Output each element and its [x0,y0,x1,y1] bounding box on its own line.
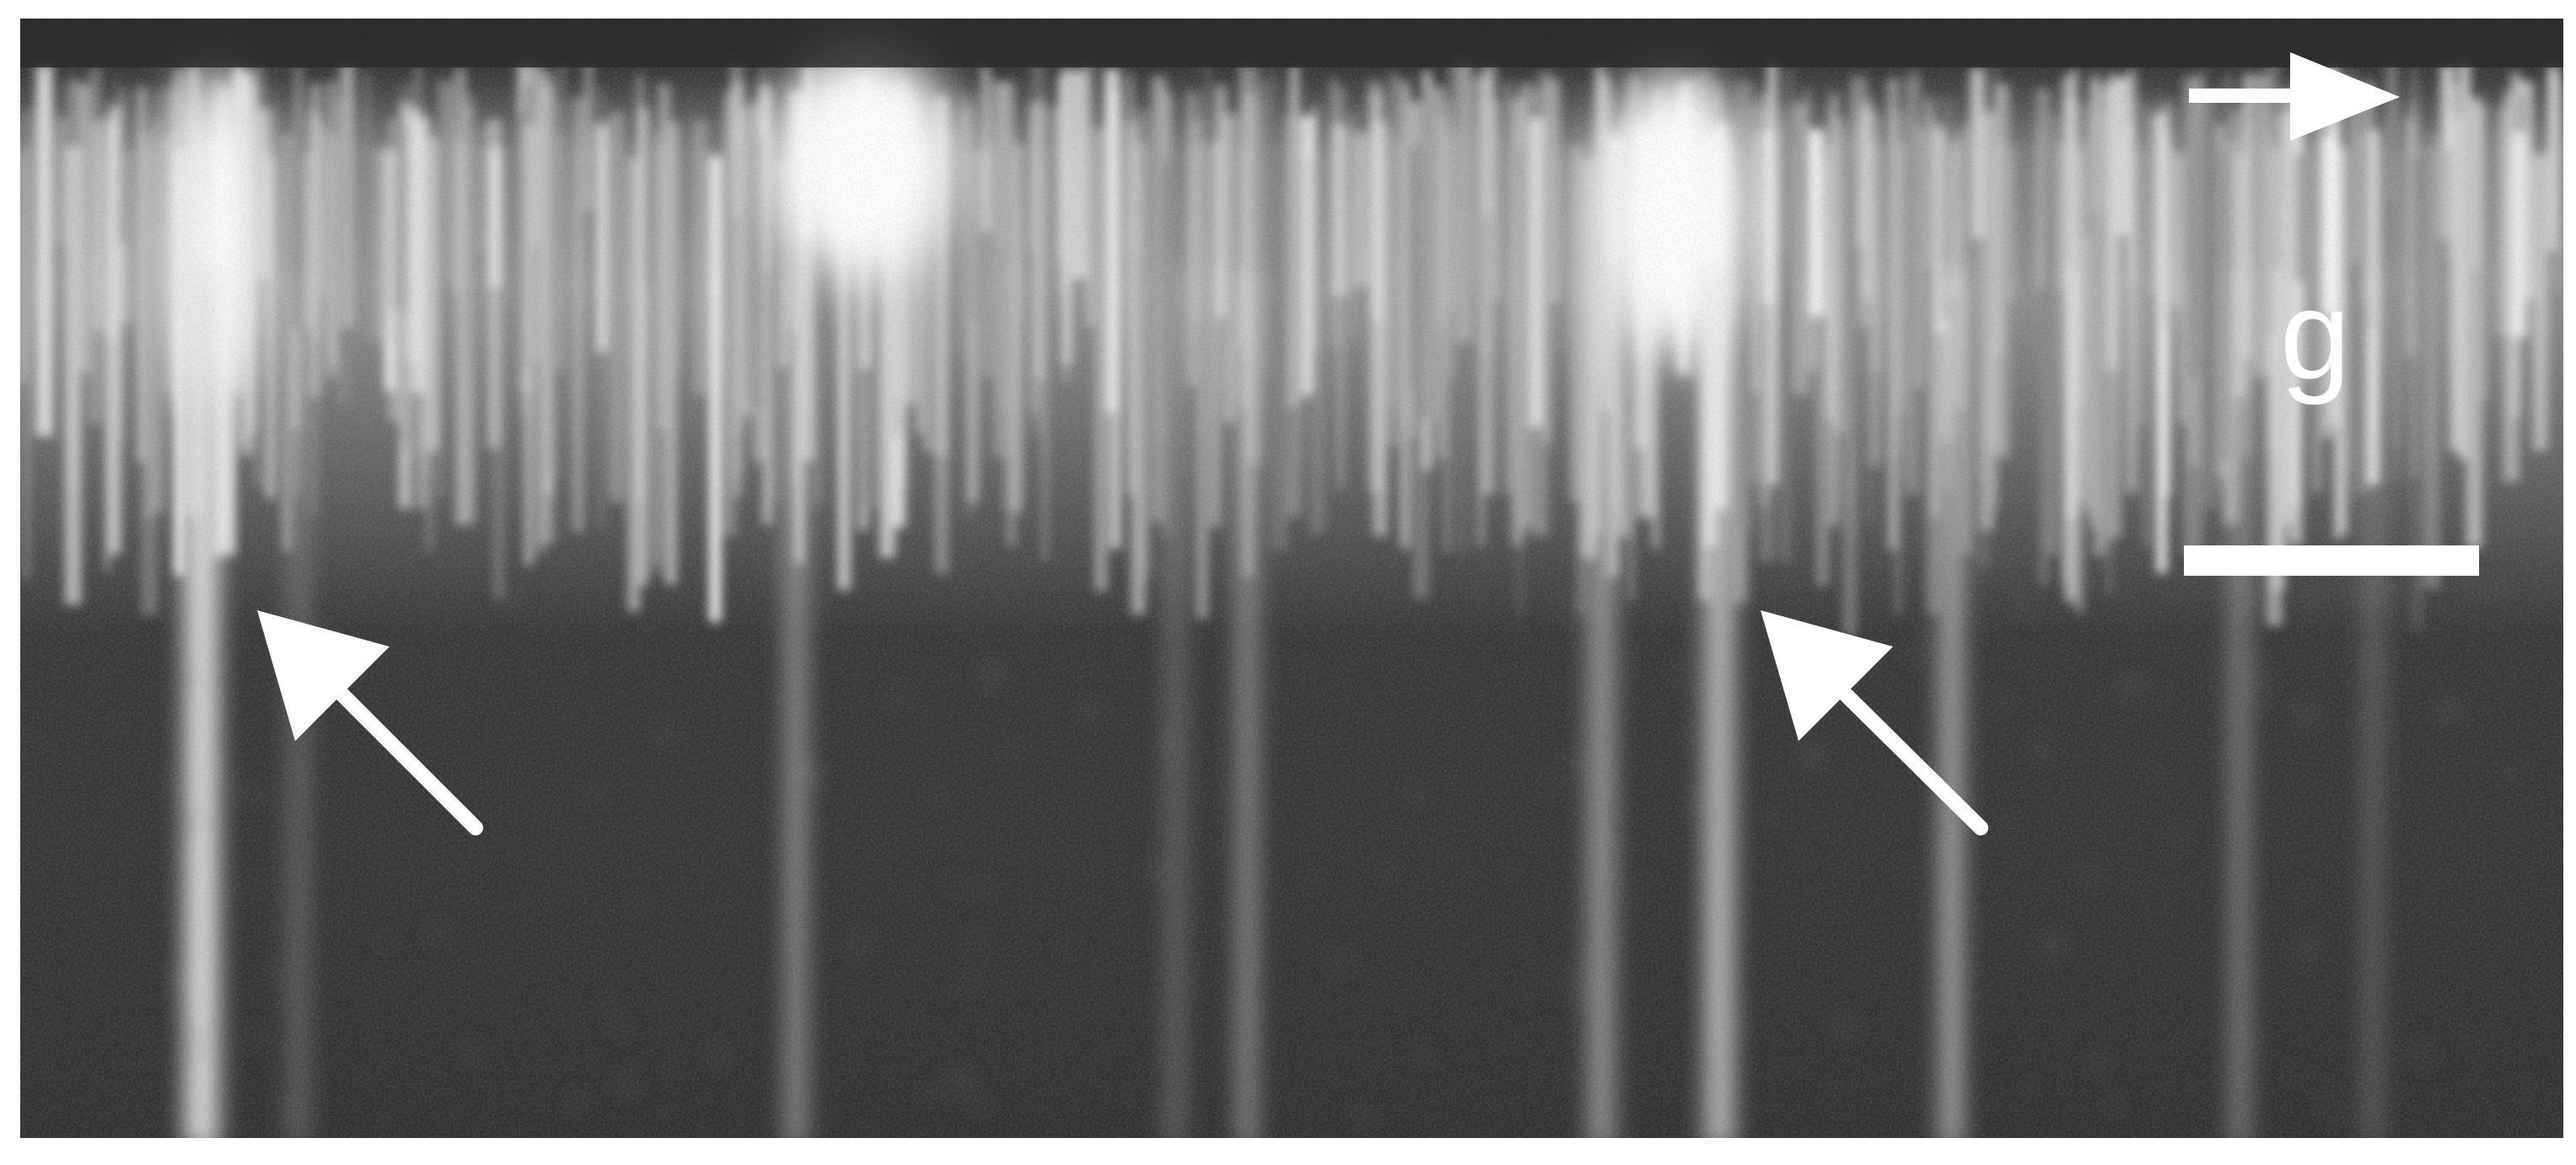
micrograph-image: g [20,19,2563,1138]
gravity-label: g [2280,271,2350,398]
micrograph-texture [20,19,2563,1138]
scale-bar [2184,545,2479,576]
